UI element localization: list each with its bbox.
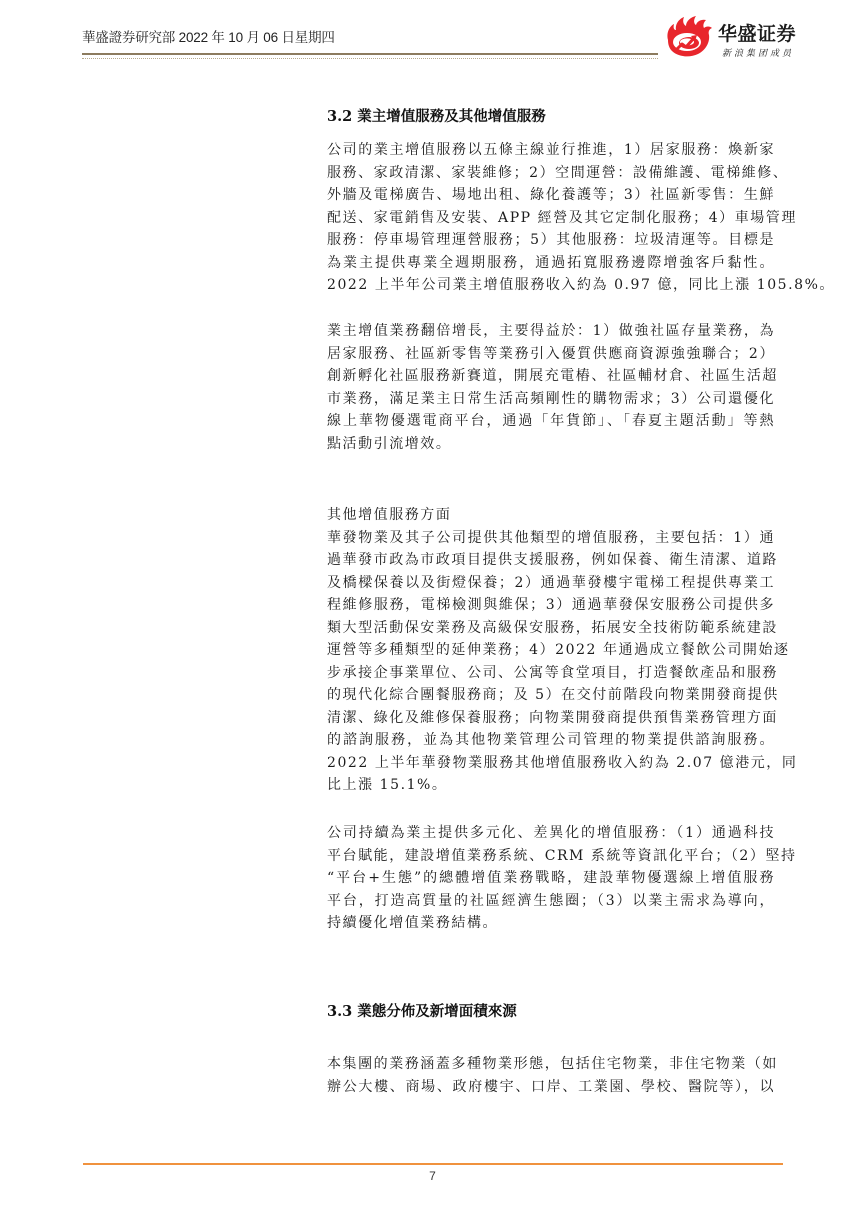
text-line: 業主增值業務翻倍增長，主要得益於：1）做強社區存量業務，為 xyxy=(327,320,775,343)
text-line: 配送、家電銷售及安裝、APP 經營及其它定制化服務；4）車場管理 xyxy=(327,207,775,230)
paragraph-owner-value-added-services: 公司的業主增值服務以五條主線並行推進，1）居家服務：煥新家 服務、家政清潔、家裝… xyxy=(327,139,775,297)
text-line: 平台，打造高質量的社區經濟生態圈；（3）以業主需求為導向， xyxy=(327,890,775,913)
header-divider xyxy=(82,53,658,55)
text-line: 外牆及電梯廣告、場地出租、綠化養護等；3）社區新零售：生鮮 xyxy=(327,184,775,207)
text-line: 公司持續為業主提供多元化、差異化的增值服務：（1）通過科技 xyxy=(327,822,775,845)
text-line: 服務：停車場管理運營服務；5）其他服務：垃圾清運等。目標是 xyxy=(327,229,775,252)
paragraph-other-value-added-services: 其他增值服務方面 華發物業及其子公司提供其他類型的增值服務，主要包括：1）通 過… xyxy=(327,504,775,797)
logo-subtitle: 新浪集团成员 xyxy=(722,46,794,59)
text-line: 比上漲 15.1%。 xyxy=(327,774,775,797)
text-line: 為業主提供專業全週期服務，通過拓寬服務邊際增強客戶黏性。 xyxy=(327,252,775,275)
text-line: 辦公大樓、商場、政府樓宇、口岸、工業園、學校、醫院等），以 xyxy=(327,1076,775,1099)
text-line: 創新孵化社區服務新賽道，開展充電樁、社區輔材倉、社區生活超 xyxy=(327,365,775,388)
text-line: 市業務，滿足業主日常生活高頻剛性的購物需求；3）公司還優化 xyxy=(327,388,775,411)
paragraph-diversified-services: 公司持續為業主提供多元化、差異化的增值服務：（1）通過科技 平台賦能，建設增值業… xyxy=(327,822,775,935)
text-line: 過華發市政為市政項目提供支援服務，例如保養、衛生清潔、道路 xyxy=(327,549,775,572)
text-line: 類大型活動保安業務及高級保安服務，拓展安全技術防範系統建設 xyxy=(327,617,775,640)
text-line: 服務、家政清潔、家裝維修；2）空間運營：設備維護、電梯維修、 xyxy=(327,162,775,185)
text-line: 華發物業及其子公司提供其他類型的增值服務，主要包括：1）通 xyxy=(327,527,775,550)
section-heading-3-2: 3.2 業主增值服務及其他增值服務 xyxy=(327,105,546,126)
text-line: 公司的業主增值服務以五條主線並行推進，1）居家服務：煥新家 xyxy=(327,139,775,162)
text-line: 2022 上半年公司業主增值服務收入約為 0.97 億，同比上漲 105.8%。 xyxy=(327,274,775,297)
paragraph-growth-drivers: 業主增值業務翻倍增長，主要得益於：1）做強社區存量業務，為 居家服務、社區新零售… xyxy=(327,320,775,455)
text-line: 本集團的業務涵蓋多種物業形態，包括住宅物業，非住宅物業（如 xyxy=(327,1053,775,1076)
text-line: 步承接企事業單位、公司、公寓等食堂項目，打造餐飲產品和服務 xyxy=(327,662,775,685)
subsection-label: 其他增值服務方面 xyxy=(327,504,775,527)
text-line: 居家服務、社區新零售等業務引入優質供應商資源強強聯合；2） xyxy=(327,343,775,366)
text-line: 程維修服務，電梯檢測與維保；3）通過華發保安服務公司提供多 xyxy=(327,594,775,617)
text-line: 平台賦能，建設增值業務系統、CRM 系統等資訊化平台；（2）堅持 xyxy=(327,845,775,868)
footer-divider xyxy=(83,1163,783,1165)
text-line: “平台+生態”的總體增值業務戰略，建設華物優選線上增值服務 xyxy=(327,867,775,890)
text-line: 清潔、綠化及維修保養服務；向物業開發商提供預售業務管理方面 xyxy=(327,707,775,730)
text-line: 的諮詢服務，並為其他物業管理公司管理的物業提供諮詢服務。 xyxy=(327,729,775,752)
text-line: 點活動引流增效。 xyxy=(327,433,775,456)
logo-name: 华盛证券 xyxy=(718,19,796,46)
text-line: 的現代化綜合團餐服務商；及 5）在交付前階段向物業開發商提供 xyxy=(327,684,775,707)
text-line: 線上華物優選電商平台，通過「年貨節」、「春夏主題活動」等熱 xyxy=(327,410,775,433)
paragraph-business-formats: 本集團的業務涵蓋多種物業形態，包括住宅物業，非住宅物業（如 辦公大樓、商場、政府… xyxy=(327,1053,775,1098)
header-divider-dotted xyxy=(82,58,658,59)
company-logo: 华盛证券 新浪集团成员 xyxy=(660,10,820,60)
text-line: 運營等多種類型的延伸業務；4）2022 年通過成立餐飲公司開始逐 xyxy=(327,639,775,662)
flame-logo-icon xyxy=(662,14,714,58)
text-line: 及橋樑保養以及街燈保養；2）通過華發樓宇電梯工程提供專業工 xyxy=(327,572,775,595)
page-number: 7 xyxy=(0,1169,865,1183)
text-line: 2022 上半年華發物業服務其他增值服務收入約為 2.07 億港元，同 xyxy=(327,752,775,775)
section-heading-3-3: 3.3 業態分佈及新增面積來源 xyxy=(327,1000,517,1021)
report-source-date: 華盛證券研究部 2022 年 10 月 06 日星期四 xyxy=(82,26,335,46)
text-line: 持續優化增值業務結構。 xyxy=(327,912,775,935)
